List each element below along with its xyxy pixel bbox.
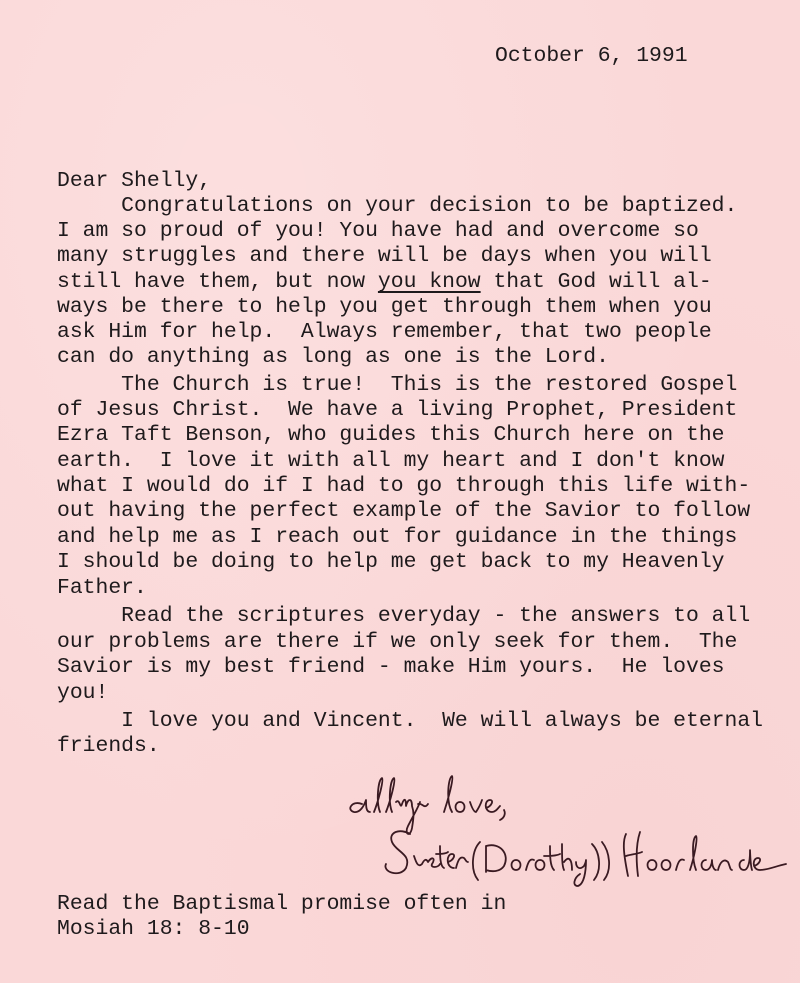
body-line: I am so proud of you! You have had and o… bbox=[57, 219, 699, 244]
body-line: earth. I love it with all my heart and I… bbox=[57, 449, 725, 474]
body-line-with-underline: still have them, but now you know that G… bbox=[57, 270, 712, 295]
body-line: The Church is true! This is the restored… bbox=[57, 373, 737, 398]
body-text: that God will al- bbox=[481, 270, 712, 294]
body-line: many struggles and there will be days wh… bbox=[57, 244, 712, 269]
body-text: still have them, but now bbox=[57, 270, 378, 294]
underlined-emphasis: you know bbox=[378, 270, 481, 294]
postscript-line: Read the Baptismal promise often in bbox=[57, 892, 506, 917]
body-line: what I would do if I had to go through t… bbox=[57, 474, 750, 499]
body-line: of Jesus Christ. We have a living Prophe… bbox=[57, 398, 737, 423]
body-line: friends. bbox=[57, 734, 160, 759]
body-line: Read the scriptures everyday - the answe… bbox=[57, 604, 750, 629]
postscript-line: Mosiah 18: 8-10 bbox=[57, 917, 250, 942]
body-line: ask Him for help. Always remember, that … bbox=[57, 320, 712, 345]
body-line: can do anything as long as one is the Lo… bbox=[57, 345, 609, 370]
handwritten-signature: all my love, Sister (Dorothy) Hoorlander bbox=[340, 772, 790, 892]
body-line: and help me as I reach out for guidance … bbox=[57, 525, 737, 550]
body-line: Father. bbox=[57, 576, 147, 601]
body-line: I love you and Vincent. We will always b… bbox=[57, 709, 763, 734]
body-line: you! bbox=[57, 681, 108, 706]
body-line: Savior is my best friend - make Him your… bbox=[57, 655, 725, 680]
body-line: ways be there to help you get through th… bbox=[57, 295, 712, 320]
body-line: I should be doing to help me get back to… bbox=[57, 550, 725, 575]
body-line: Congratulations on your decision to be b… bbox=[57, 194, 737, 219]
salutation: Dear Shelly, bbox=[57, 169, 211, 194]
body-line: our problems are there if we only seek f… bbox=[57, 630, 737, 655]
body-line: out having the perfect example of the Sa… bbox=[57, 499, 750, 524]
letter-date: October 6, 1991 bbox=[495, 44, 688, 69]
body-line: Ezra Taft Benson, who guides this Church… bbox=[57, 423, 725, 448]
